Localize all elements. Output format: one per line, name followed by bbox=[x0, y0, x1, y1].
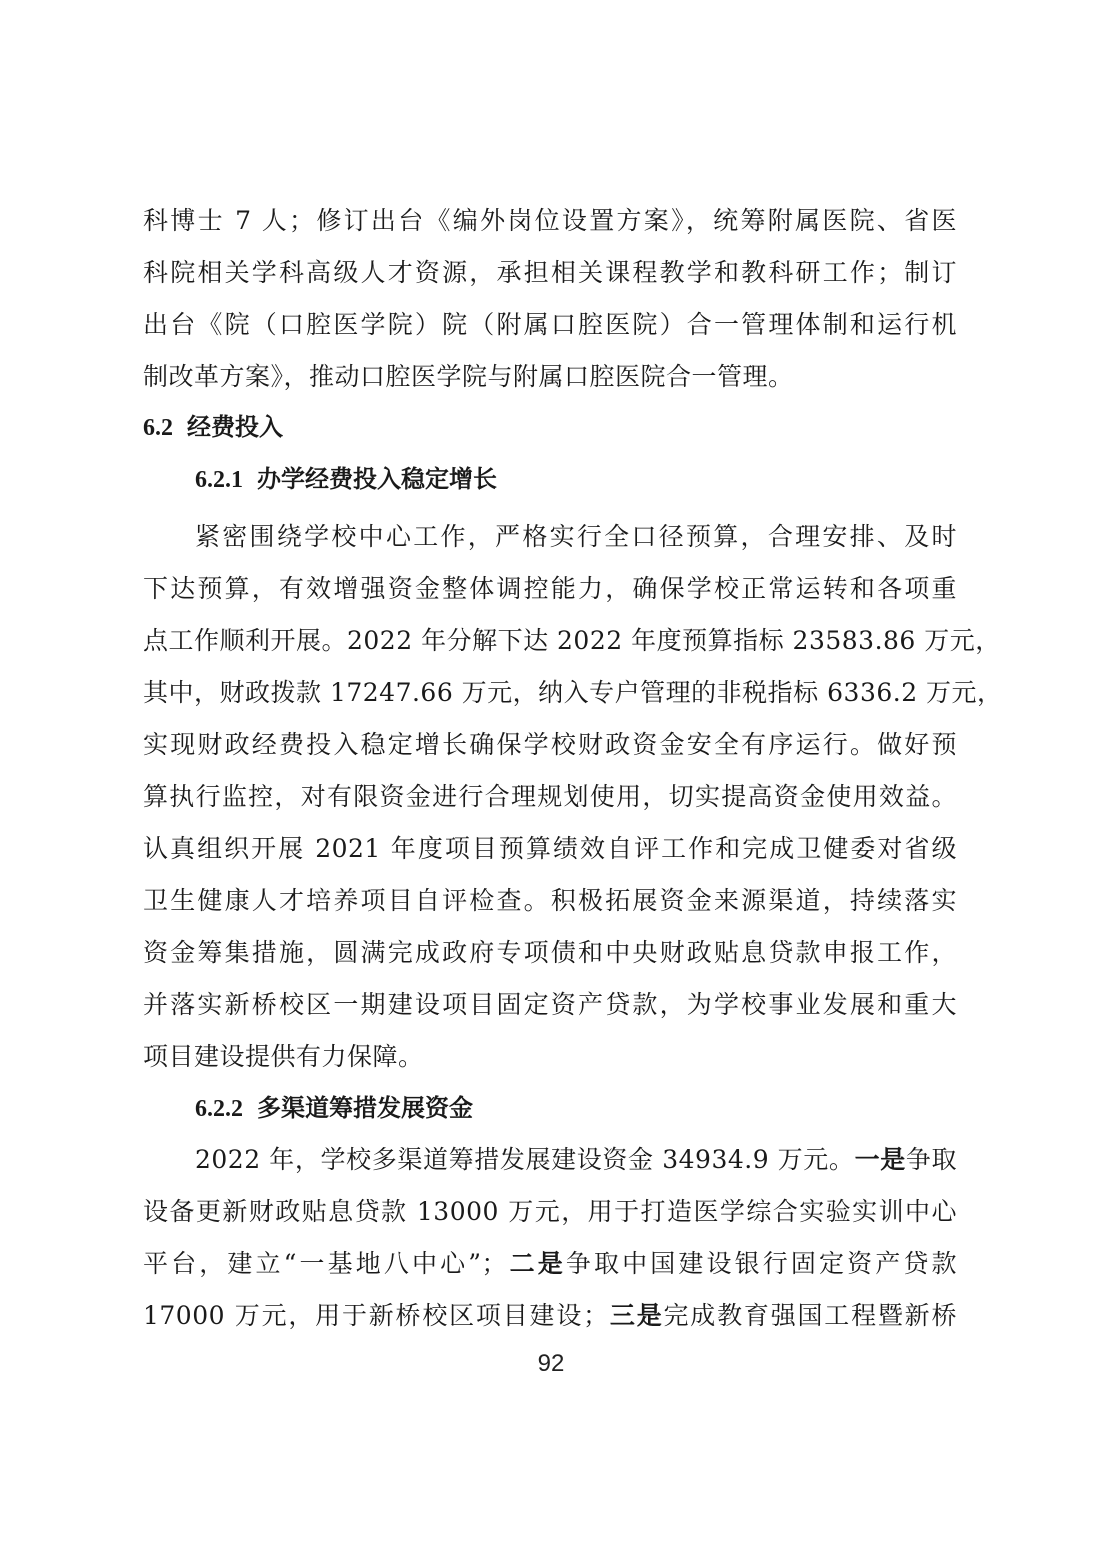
subsection-title: 办学经费投入稳定增长 bbox=[257, 467, 497, 493]
body-text-line: 认真组织开展 2021 年度项目预算绩效自评工作和完成卫健委对省级 bbox=[143, 833, 957, 865]
body-text-line: 紧密围绕学校中心工作，严格实行全口径预算，合理安排、及时 bbox=[195, 521, 957, 553]
emphasis-text: 三是 bbox=[609, 1301, 664, 1330]
body-text-line: 卫生健康人才培养项目自评检查。积极拓展资金来源渠道，持续落实 bbox=[143, 885, 957, 917]
body-text-line: 科院相关学科高级人才资源，承担相关课程教学和教科研工作；制订 bbox=[143, 257, 957, 289]
section-number: 6.2 bbox=[143, 415, 173, 441]
body-text-line: 实现财政经费投入稳定增长确保学校财政资金安全有序运行。做好预 bbox=[143, 729, 957, 761]
page-number: 92 bbox=[0, 1350, 1102, 1378]
body-text-line: 制改革方案》，推动口腔医学院与附属口腔医院合一管理。 bbox=[143, 361, 957, 393]
emphasis-text: 一是 bbox=[855, 1145, 906, 1174]
body-text-line: 资金筹集措施，圆满完成政府专项债和中央财政贴息贷款申报工作， bbox=[143, 937, 957, 969]
body-text-line: 科博士 7 人；修订出台《编外岗位设置方案》，统筹附属医院、省医 bbox=[143, 205, 957, 237]
text-span: 17000 万元，用于新桥校区项目建设； bbox=[143, 1301, 609, 1330]
text-span: 2022 年，学校多渠道筹措发展建设资金 34934.9 万元。 bbox=[195, 1145, 855, 1174]
subsection-number: 6.2.1 bbox=[195, 467, 243, 493]
subsection-heading-6-2-1: 6.2.1办学经费投入稳定增长 bbox=[195, 464, 497, 496]
section-heading-6-2: 6.2经费投入 bbox=[143, 412, 283, 444]
body-text-line: 并落实新桥校区一期建设项目固定资产贷款，为学校事业发展和重大 bbox=[143, 989, 957, 1021]
text-span: 完成教育强国工程暨新桥 bbox=[664, 1301, 957, 1330]
subsection-number: 6.2.2 bbox=[195, 1096, 243, 1122]
text-span: 争取 bbox=[906, 1145, 957, 1174]
section-title: 经费投入 bbox=[187, 415, 283, 441]
body-text-line: 出台《院（口腔医学院）院（附属口腔医院）合一管理体制和运行机 bbox=[143, 309, 957, 341]
body-text-line: 其中，财政拨款 17247.66 万元，纳入专户管理的非税指标 6336.2 万… bbox=[143, 677, 957, 709]
body-text-line: 项目建设提供有力保障。 bbox=[143, 1041, 957, 1073]
body-text-line: 设备更新财政贴息贷款 13000 万元，用于打造医学综合实验实训中心 bbox=[143, 1196, 957, 1228]
document-page: 科博士 7 人；修订出台《编外岗位设置方案》，统筹附属医院、省医 科院相关学科高… bbox=[0, 0, 1102, 1559]
text-span: 平台，建立“一基地八中心”； bbox=[143, 1249, 507, 1278]
emphasis-text: 二是 bbox=[507, 1249, 566, 1278]
subsection-title: 多渠道筹措发展资金 bbox=[257, 1096, 473, 1122]
body-text-line: 2022 年，学校多渠道筹措发展建设资金 34934.9 万元。一是争取 bbox=[195, 1144, 957, 1176]
body-text-line: 平台，建立“一基地八中心”；二是争取中国建设银行固定资产贷款 bbox=[143, 1248, 957, 1280]
body-text-line: 下达预算，有效增强资金整体调控能力，确保学校正常运转和各项重 bbox=[143, 573, 957, 605]
body-text-line: 点工作顺利开展。2022 年分解下达 2022 年度预算指标 23583.86 … bbox=[143, 625, 957, 657]
text-span: 争取中国建设银行固定资产贷款 bbox=[566, 1249, 957, 1278]
body-text-line: 算执行监控，对有限资金进行合理规划使用，切实提高资金使用效益。 bbox=[143, 781, 957, 813]
body-text-line: 17000 万元，用于新桥校区项目建设；三是完成教育强国工程暨新桥 bbox=[143, 1300, 957, 1332]
subsection-heading-6-2-2: 6.2.2多渠道筹措发展资金 bbox=[195, 1093, 473, 1125]
